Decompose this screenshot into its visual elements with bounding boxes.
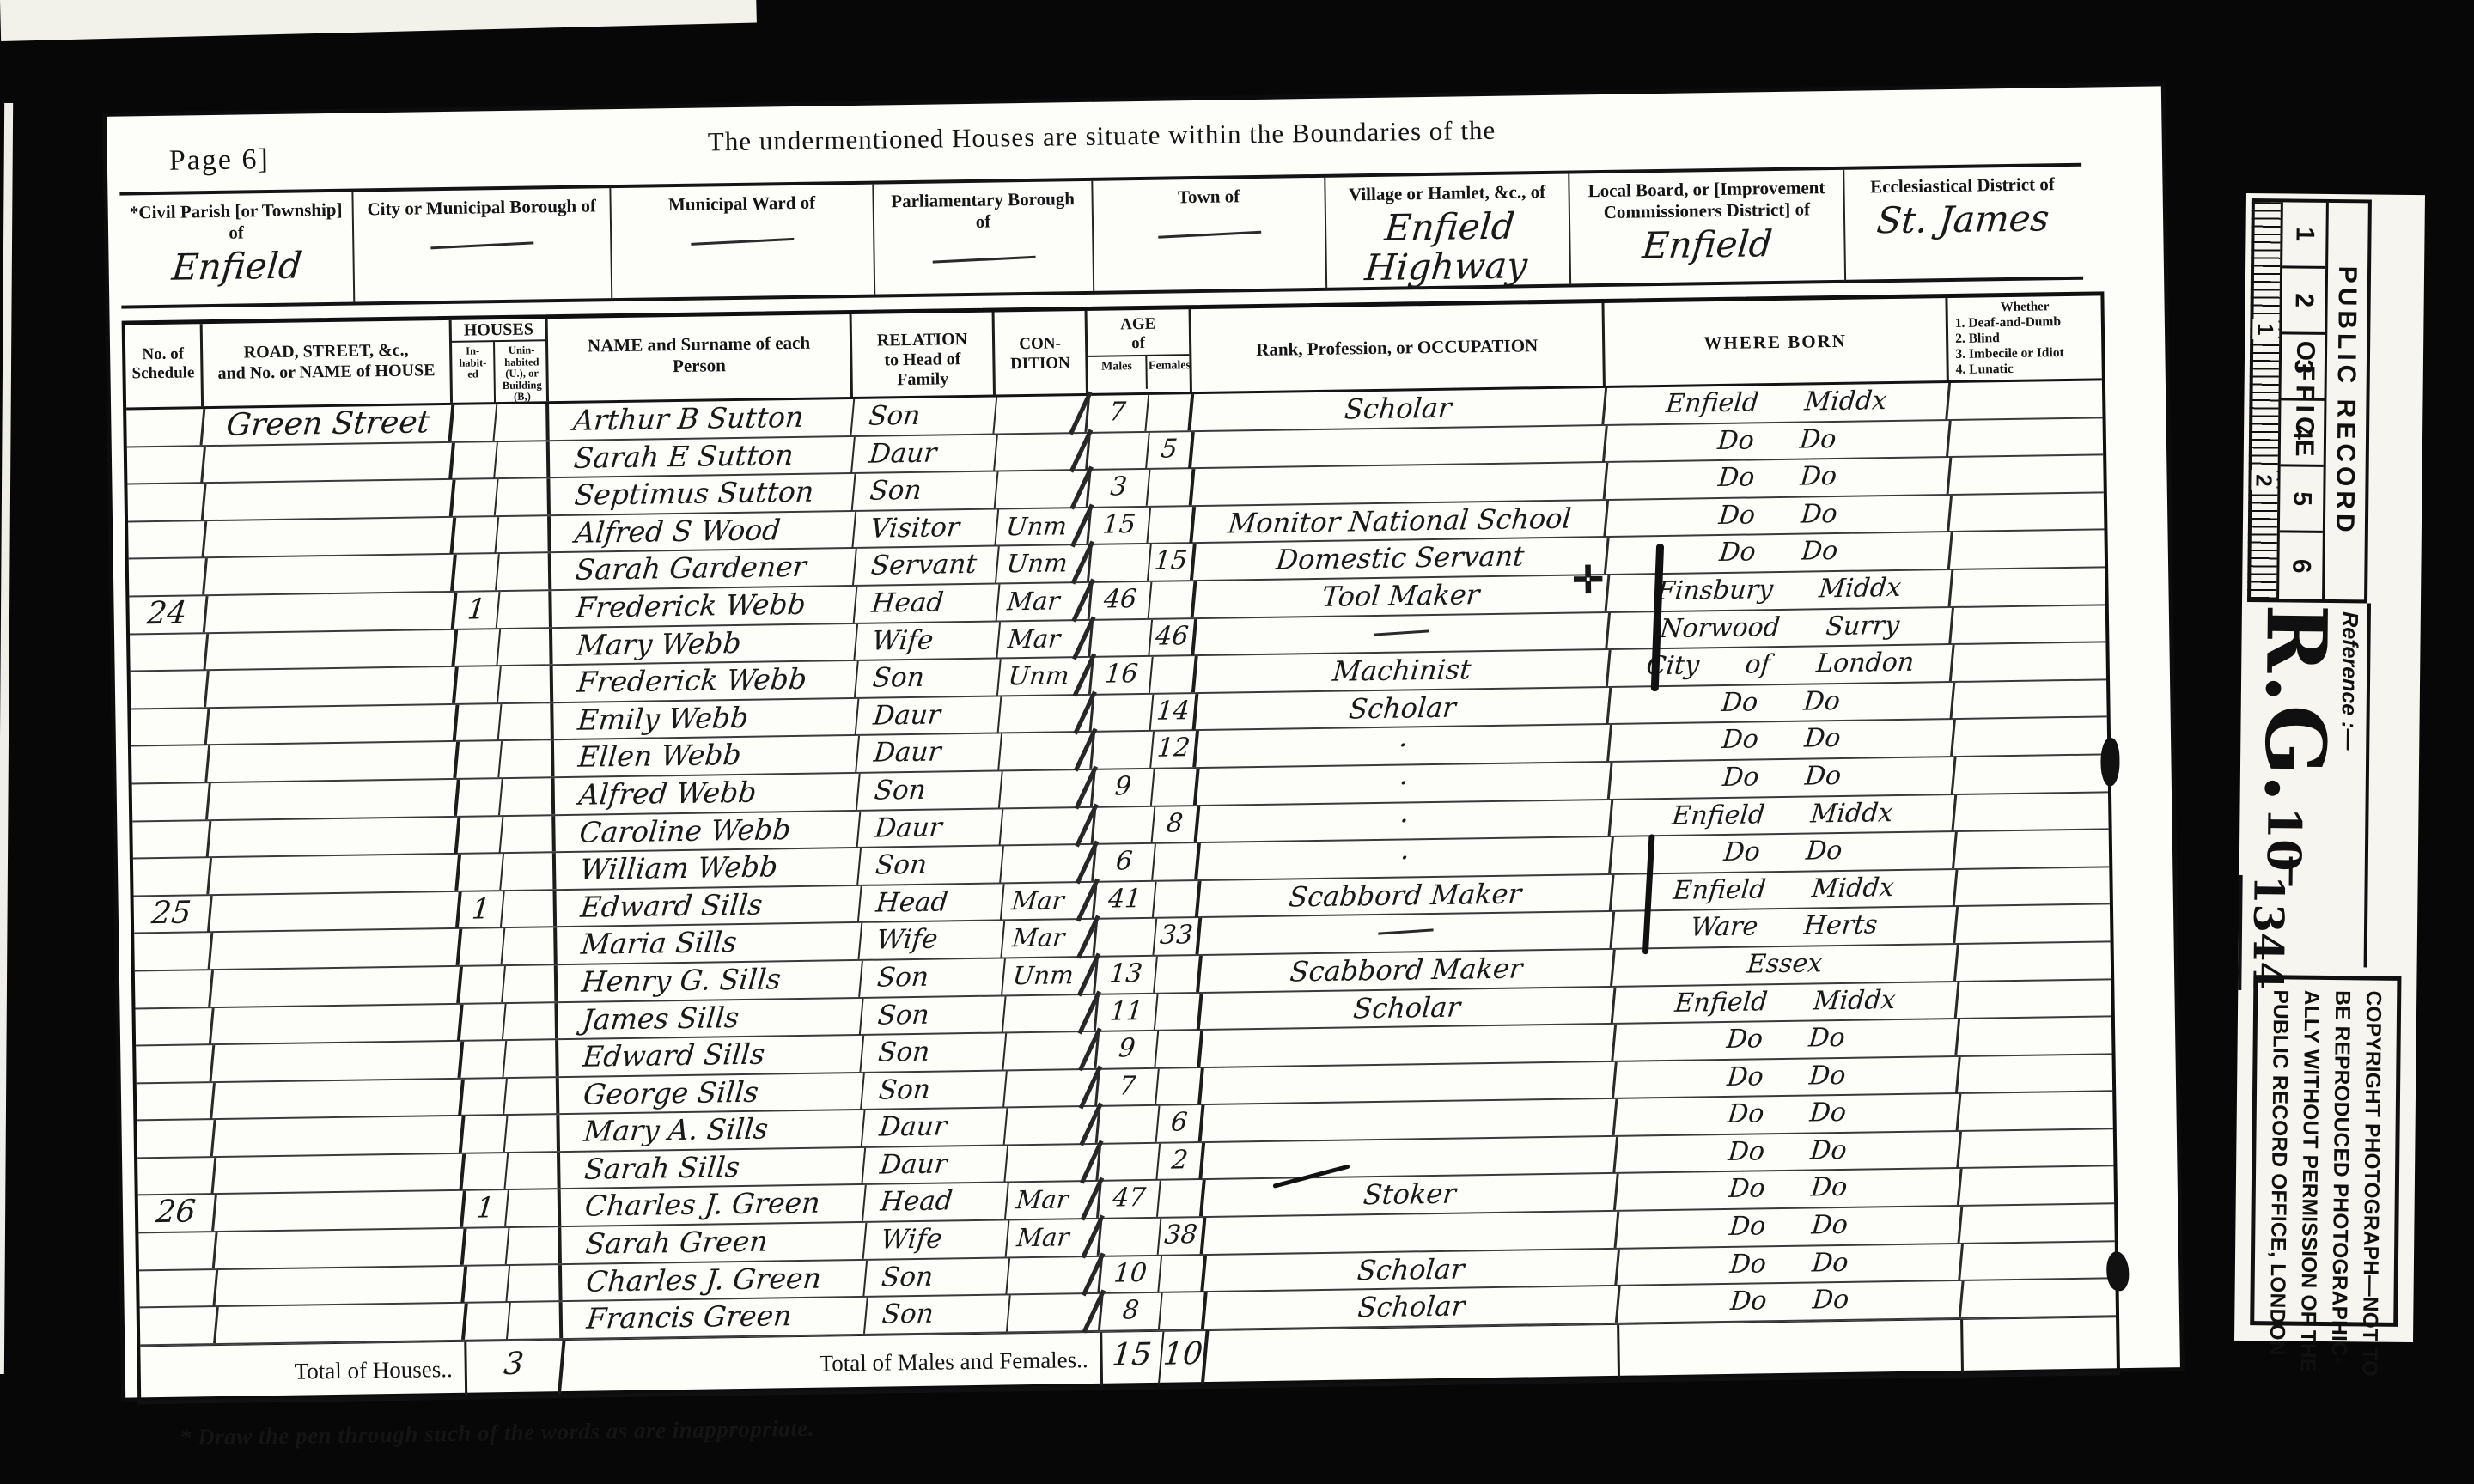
header-age-group: AGE of Males Females [1088,309,1192,393]
cell-road [216,1304,468,1343]
cell-name: Emily Webb [552,699,860,739]
cell-relation: Son [861,1033,1007,1071]
header-infirmity-item: 4. Lunatic [1956,361,2096,378]
cell-age-females [1149,581,1197,617]
cell-age-females: 38 [1159,1218,1207,1254]
geo-header-value: St. James [1843,198,2082,241]
cell-uninhabited [501,741,555,778]
cell-occupation [1202,1099,1618,1141]
cell-uninhabited [497,441,551,478]
cell-inhabited [460,1004,507,1040]
cell-name: Sarah Sills [558,1148,866,1189]
cell-occupation: Scholar [1200,987,1617,1029]
header-houses-group: HOUSES In- habit- ed Unin- habited (U.),… [452,319,549,403]
geo-header-value [612,239,873,246]
cell-schedule [130,709,210,745]
cell-schedule [131,821,212,858]
piece-number: 1344 [2238,875,2292,990]
cell-age-males: 7 [1097,1068,1160,1105]
geo-header-value [875,257,1093,263]
geo-header-cell: Town of [1093,178,1327,292]
cell-age-females [1148,507,1196,543]
cell-uninhabited [497,478,551,515]
cell-relation: Head [859,884,1005,921]
cell-infirmity [1960,1167,2108,1205]
cell-inhabited [457,779,503,815]
copyright-box: COPYRIGHT PHOTOGRAPH—NOT TO BE REPRODUCE… [2250,975,2401,1327]
cell-infirmity [1954,755,2102,793]
cell-infirmity [1950,418,2098,456]
cell-infirmity [1959,1055,2107,1092]
cell-schedule [125,447,206,484]
header-houses-subrow: In- habit- ed Unin- habited (U.), or Bui… [452,341,546,403]
ruler-number: 4 [2281,400,2325,467]
geo-header-cell: Ecclesiastical District ofSt. James [1844,167,2081,281]
cell-name: Sarah Green [560,1223,868,1263]
totals-spacer [1619,1320,1964,1378]
ink-cross-mark: ✛ [1572,558,1605,603]
cell-inhabited [453,517,499,553]
cell-name: Ellen Webb [552,736,860,776]
cell-where-born: Do Do [1606,496,1953,537]
cell-inhabited [460,966,506,1002]
cell-schedule [137,1232,218,1269]
reference-area: Reference :— R.G. 10 1344 [2235,602,2371,968]
cell-schedule [125,409,206,446]
cell-age-females: 46 [1149,619,1197,655]
cell-occupation: Monitor National School [1192,501,1609,543]
cell-where-born: Do Do [1610,757,1957,799]
cell-schedule [127,521,208,558]
cell-uninhabited [503,891,557,927]
cell-occupation: · [1197,800,1614,842]
cell-relation: Son [864,1258,1010,1296]
cell-relation: Daur [856,696,1002,734]
cell-schedule: 26 [137,1195,217,1232]
cell-age-males: 9 [1093,769,1155,806]
cell-relation: Son [856,660,1002,697]
ruler-number: 3 [2281,334,2325,401]
geo-header-value: Enfield [1569,223,1845,267]
cell-infirmity [1962,1242,2110,1280]
census-sheet-inner: Page 6] The undermentioned Houses are si… [107,86,2180,1397]
cell-road [210,892,462,932]
cell-road [203,442,455,482]
geo-header-cell: Village or Hamlet, &c., ofEnfield Highwa… [1325,174,1571,289]
cell-age-males: 15 [1088,508,1151,544]
total-females-value: 10 [1160,1331,1210,1385]
cell-occupation: Tool Maker [1194,575,1611,617]
cell-occupation: Scholar [1204,1286,1621,1329]
cell-infirmity [1956,867,2104,905]
cell-age-females [1152,769,1200,805]
cell-age-males: 8 [1100,1293,1163,1330]
pro-ruler-box: PUBLIC RECORD OFFICE 1 2 3 4 5 6 1 2 [2247,198,2372,603]
cell-infirmity [1953,643,2100,681]
cell-name: Charles J. Green [560,1260,868,1300]
cell-infirmity [1953,605,2100,643]
header-age: AGE of [1088,309,1190,356]
cell-age-males [1094,806,1156,843]
copyright-line: PUBLIC RECORD OFFICE, LONDON [2261,989,2295,1321]
cell-relation: Son [861,996,1007,1034]
cell-age-females [1160,1292,1208,1329]
cell-schedule [136,1120,216,1157]
cell-occupation [1200,1025,1617,1067]
geo-header-label: *Civil Parish [or Township] of [120,199,353,246]
cell-occupation: Domestic Servant [1193,538,1610,580]
cell-schedule: 24 [128,596,209,633]
ruler-number-row: 1 2 3 4 5 6 [2276,202,2326,599]
cell-road [209,817,461,856]
scan-background: Page 6] The undermentioned Houses are si… [0,0,2474,1484]
cell-where-born: Enfield Middx [1610,794,1957,836]
cell-inhabited: 1 [454,592,501,628]
cell-relation: Daur [862,1146,1008,1183]
cell-infirmity [1950,456,2098,494]
header-relation: RELATION to Head of Family [852,313,996,397]
cell-age-males [1092,732,1155,769]
cell-name: Frederick Webb [551,661,859,702]
cell-occupation: · [1197,837,1614,879]
cell-age-males [1088,432,1150,469]
cell-schedule [130,745,210,782]
cell-occupation: Scholar [1191,388,1607,430]
cell-inhabited [454,554,500,590]
record-series-number: 10 [2257,806,2313,872]
cell-occupation: Stoker [1203,1174,1619,1216]
pro-stamp-slip: PUBLIC RECORD OFFICE 1 2 3 4 5 6 1 2 Ref… [2234,193,2425,1342]
cell-age-females [1146,394,1194,430]
cell-road [213,1154,466,1194]
cell-infirmity [1951,493,2099,531]
cell-age-males [1090,619,1153,656]
cell-road [207,742,460,782]
header-females: Females [1147,356,1192,389]
cell-road: Green Street [203,405,455,445]
cell-schedule [137,1158,217,1195]
header-name: NAME and Surname of each Person [548,314,853,401]
geo-header-label: Village or Hamlet, &c., of [1325,181,1568,206]
cell-inhabited [465,1303,511,1339]
cell-schedule [131,858,212,895]
geo-header-value: Enfield Highway [1323,206,1572,289]
copyright-line: ALLY WITHOUT PERMISSION OF THE [2292,990,2326,1322]
cell-uninhabited [506,1115,560,1152]
public-record-office-label: PUBLIC RECORD OFFICE [2322,203,2368,599]
geo-header-value [354,242,610,248]
cell-age-females: 15 [1149,544,1197,580]
cell-uninhabited [496,404,550,441]
sheet-footnote: * Draw the pen through such of the words… [180,1395,2181,1451]
cell-inhabited [464,1228,510,1264]
header-houses: HOUSES [452,319,545,343]
cell-occupation: Machinist [1195,650,1612,692]
cell-relation: Visitor [853,509,999,547]
cell-name: Francis Green [561,1298,868,1338]
cell-uninhabited [507,1153,561,1189]
header-uninhabited: Unin- habited (U.), or Building (B,) [495,341,549,403]
cell-relation: Head [863,1183,1009,1221]
cell-infirmity [1959,1018,2106,1055]
cell-age-females [1154,881,1202,917]
cell-age-females [1155,1031,1203,1067]
header-road-street: ROAD, STREET, &c., and No. or NAME of HO… [203,320,453,406]
cell-age-males [1098,1106,1161,1143]
cell-relation: Son [857,771,1003,809]
geo-header-cell: *Civil Parish [or Township] ofEnfield [119,192,355,307]
cell-where-born: Do Do [1606,458,1953,499]
cell-infirmity [1958,942,2105,980]
cell-inhabited [453,479,499,515]
cell-infirmity [1955,793,2103,830]
cell-relation: Daur [858,809,1004,847]
cell-name: Alfred Webb [553,774,861,814]
cell-infirmity [1960,1129,2108,1167]
cell-relation: Son [851,397,997,435]
cell-where-born: Do Do [1605,421,1952,462]
cell-uninhabited [504,1003,558,1040]
cell-age-females [1148,469,1196,505]
cell-occupation [1201,1062,1618,1104]
cell-schedule [137,1270,218,1307]
cell-relation: Son [865,1296,1011,1334]
cell-uninhabited [502,778,556,815]
cell-relation: Servant [854,547,1000,585]
cell-infirmity [1957,905,2105,943]
cell-age-males: 13 [1095,957,1158,994]
geo-header-value [1094,232,1325,238]
cell-inhabited [461,1079,508,1115]
pro-stamp-strip: PUBLIC RECORD OFFICE 1 2 3 4 5 6 1 2 Ref… [2234,193,2425,1342]
cell-road [214,1191,466,1231]
cell-occupation [1202,1137,1618,1179]
sheet-banner-title: The undermentioned Houses are situate wi… [119,106,2084,167]
cell-age-females [1159,1256,1207,1292]
cell-schedule [133,970,214,1007]
cell-relation: Son [858,847,1004,885]
header-occupation: Rank, Profession, or OCCUPATION [1191,303,1606,392]
ruler-inch-number: 1 [2252,319,2278,340]
cell-inhabited [461,1041,508,1077]
cell-name: Caroline Webb [554,811,862,851]
cell-inhabited [458,817,504,853]
header-infirmity: Whether 1. Deaf-and-Dumb 2. Blind 3. Imb… [1947,296,2095,381]
cell-uninhabited [509,1265,563,1302]
cell-age-females: 33 [1154,918,1202,954]
cell-occupation: · [1196,725,1612,767]
cell-relation: Son [853,472,999,510]
cell-road [210,929,463,969]
ruler-number: 1 [2282,202,2326,269]
cell-occupation [1194,612,1611,654]
cell-uninhabited [502,816,556,853]
cell-infirmity [1951,531,2099,569]
cell-age-males: 16 [1091,657,1154,694]
cell-schedule: 25 [132,896,213,933]
cell-relation: Wife [860,921,1006,959]
cell-name: Mary A. Sills [558,1110,866,1151]
cell-uninhabited [497,516,551,553]
cell-uninhabited [505,1040,559,1077]
cell-where-born: Do Do [1617,1207,1964,1248]
cell-age-males [1094,919,1157,956]
cell-name: George Sills [558,1073,865,1114]
cell-occupation [1198,912,1615,954]
cell-occupation: Scabbord Maker [1199,950,1616,992]
cell-age-males: 9 [1096,1031,1159,1068]
cell-road [204,480,456,520]
cell-age-females: 12 [1151,731,1199,767]
cell-relation: Son [862,1071,1008,1109]
cell-road [212,1079,465,1118]
cell-schedule [131,783,211,820]
table-body: Green StreetArthur B SuttonSon7ScholarEn… [126,380,2116,1346]
cell-schedule [138,1307,219,1344]
cell-road [207,705,460,745]
cell-road [208,780,460,819]
cell-inhabited [454,629,501,666]
geo-header-label: Ecclesiastical District of [1844,173,2080,198]
cell-uninhabited [500,666,554,702]
totals-spacer [1206,1325,1620,1384]
cell-occupation: Scabbord Maker [1198,875,1615,917]
geo-header-label: Local Board, or [Improvement Commissione… [1569,177,1843,224]
cell-age-males: 7 [1087,395,1149,432]
header-schedule: No. of Schedule [125,324,204,407]
cell-uninhabited [500,703,554,740]
cell-schedule [126,484,207,520]
cell-age-males: 47 [1099,1181,1161,1218]
cell-infirmity [1954,718,2102,756]
ruler-number: 2 [2282,268,2325,335]
cell-inhabited [456,741,503,777]
record-series: R.G. [2246,604,2345,805]
cell-infirmity [1952,568,2099,605]
cell-uninhabited [498,591,552,628]
header-condition: CON- DITION [995,311,1088,395]
cell-age-males: 6 [1094,844,1156,881]
total-houses-value: 3 [465,1341,566,1396]
cell-age-males: 10 [1100,1256,1162,1292]
cell-schedule [127,559,208,596]
cell-road [210,967,463,1007]
geo-header-label: Municipal Ward of [611,192,872,217]
cell-name: Mary Webb [551,623,858,664]
cell-road [212,1042,465,1081]
cell-road [204,555,457,594]
census-sheet: Page 6] The undermentioned Houses are si… [107,86,2180,1397]
cell-where-born: Do Do [1609,683,1956,724]
cell-uninhabited [508,1190,562,1227]
cell-where-born: Do Do [1617,1244,1964,1286]
geo-header-label: Town of [1093,185,1324,210]
cell-where-born: Do Do [1609,720,1956,761]
header-inhabited: In- habit- ed [452,342,496,404]
cell-age-females: 6 [1157,1105,1205,1141]
geo-header-cell: Local Board, or [Improvement Commissione… [1569,170,1846,285]
geo-header-cell: Municipal Ward of [611,185,875,300]
ruler-number: 5 [2280,466,2324,533]
cell-infirmity [1958,980,2105,1018]
cell-inhabited [462,1116,509,1152]
cell-inhabited [462,1153,509,1189]
cell-inhabited: 1 [463,1190,509,1226]
cell-infirmity [1956,830,2104,868]
cell-age-males [1098,1144,1161,1181]
cell-where-born: Do Do [1613,1019,1960,1061]
totals-spacer [1963,1317,2111,1373]
cell-where-born: Enfield Middx [1604,383,1951,424]
cell-age-females [1150,656,1198,692]
cell-name: Charles J. Green [559,1185,867,1226]
cell-name: James Sills [557,998,864,1038]
photo-edge-top [0,0,757,41]
cell-where-born: Do Do [1614,1057,1961,1098]
cell-relation: Daur [856,734,1002,772]
cell-name: Henry G. Sills [556,961,863,1001]
cell-where-born: Enfield Middx [1612,870,1959,911]
cell-inhabited [460,928,506,964]
cell-uninhabited [499,629,553,666]
cell-uninhabited [498,554,552,591]
geo-header-cell: Parliamentary Borough of [874,181,1094,295]
cell-schedule [129,671,210,708]
cell-age-females: 5 [1147,432,1195,468]
cell-occupation: · [1197,763,1613,805]
cell-age-females [1155,994,1203,1030]
copyright-line: BE REPRODUCED PHOTOGRAPHIC- [2323,990,2357,1322]
cell-relation: Head [855,584,1001,622]
cell-schedule [133,933,214,970]
cell-where-born: Enfield Middx [1613,982,1960,1023]
cell-age-females [1156,1068,1204,1104]
cell-road [204,518,456,557]
cell-age-males [1100,1219,1162,1256]
cell-road [205,629,458,669]
cell-relation: Son [860,958,1006,996]
cell-name: Septimus Sutton [549,474,856,514]
cell-where-born: Do Do [1616,1169,1963,1210]
cell-infirmity [1959,1092,2107,1130]
cell-occupation [1203,1212,1620,1254]
ink-blob [2106,1251,2130,1291]
header-males: Males [1088,356,1148,390]
cell-name: Sarah E Sutton [548,437,856,477]
cell-inhabited [455,666,502,702]
header-age-subrow: Males Females [1088,354,1190,390]
cell-where-born: Do Do [1615,1094,1962,1135]
cell-where-born: Do Do [1615,1132,1962,1173]
cell-road [215,1266,467,1305]
geo-header-label: Parliamentary Borough of [874,188,1092,234]
copyright-line: COPYRIGHT PHOTOGRAPH—NOT TO [2354,990,2388,1322]
cell-infirmity [1949,381,2097,419]
ruler-ticks: 1 2 [2247,202,2281,599]
cell-uninhabited [508,1227,562,1264]
cell-name: Edward Sills [555,886,862,927]
ink-blob [2100,738,2120,786]
cell-road [206,667,459,707]
cell-where-born: City of London [1608,645,1955,686]
photo-edge-left [0,103,13,1374]
cell-where-born: Do Do [1618,1281,1965,1323]
cell-schedule [128,634,209,671]
cell-age-males [1092,695,1155,732]
cell-road [205,593,458,632]
geo-header-value: Enfield [119,246,355,289]
cell-road [215,1229,467,1268]
